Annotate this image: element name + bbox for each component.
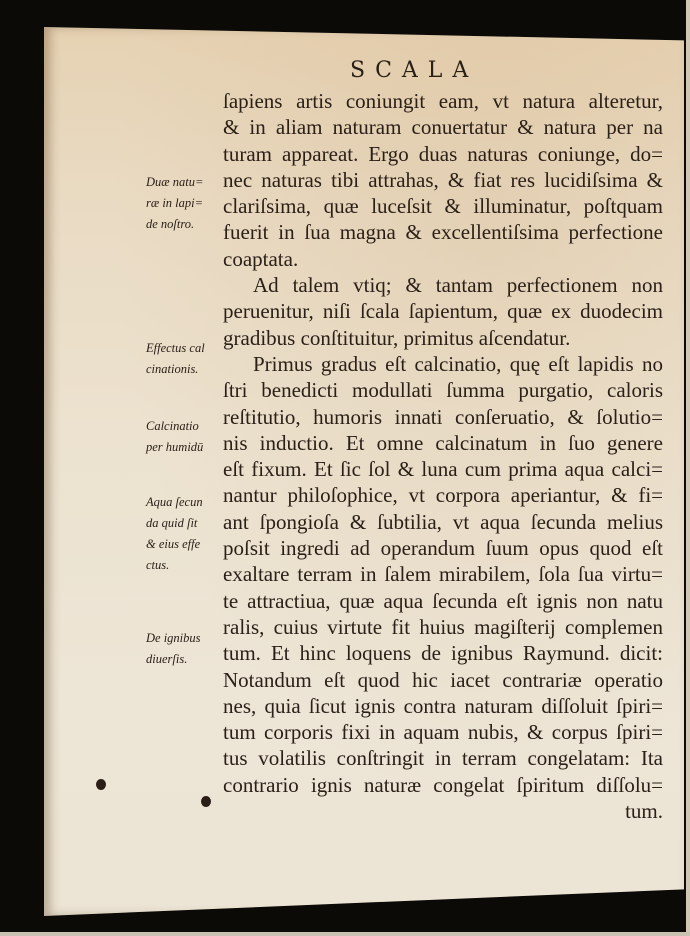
scan-edge-bottom [0,932,690,936]
sidenote-line: da quid ſit [146,513,226,534]
text-line: & in aliam naturam conuertatur & natura … [223,114,663,140]
sidenote-line: De ignibus [146,628,226,649]
sidenote-line: Effectus cal [146,338,226,359]
body-text: ſapiens artis coniungit eam, vt natura a… [223,88,663,824]
text-line: peruenitur, niſi ſcala ſapientum, quæ ex… [223,298,663,324]
sidenote-line: Duæ natu= [146,172,226,193]
catchword: tum. [223,798,663,824]
sidenote-calcinatio-per-humidum: Calcinatio per humidū [146,416,226,458]
sidenote-duae-naturae: Duæ natu= ræ in lapi= de noſtro. [146,172,226,235]
text-line: Ad talem vtiq; & tantam perfectionem non [223,272,663,298]
text-line: ſtri benedicti modullati ſumma purgatio,… [223,377,663,403]
sidenote-line: per humidū [146,437,226,458]
text-line: coaptata. [223,246,663,272]
text-line: poſsit ingredi ad operandum ſuum opus qu… [223,535,663,561]
ink-spot [201,796,211,807]
text-line: tus volatilis conſtringit in terram cong… [223,745,663,771]
text-line: ant ſpongioſa & ſubtilia, vt aqua ſecund… [223,509,663,535]
text-line: gradibus conſtituitur, primitus aſcendat… [223,325,663,351]
text-line: exaltare terram in ſalem mirabilem, ſola… [223,561,663,587]
text-line: nes, quia ſicut ignis contra naturam diſ… [223,693,663,719]
scan-edge-right [686,0,690,936]
sidenote-de-ignibus: De ignibus diuerſis. [146,628,226,670]
text-line: Primus gradus eſt calcinatio, quę eſt la… [223,351,663,377]
sidenote-line: Calcinatio [146,416,226,437]
sidenote-line: de noſtro. [146,214,226,235]
text-line: nantur philoſophice, vt corpora aperiant… [223,482,663,508]
text-line: turam appareat. Ergo duas naturas coniun… [223,141,663,167]
text-line: fuerit in ſua magna & excellentiſsima pe… [223,219,663,245]
sidenote-line: diuerſis. [146,649,226,670]
sidenote-line: & eius effe [146,534,226,555]
sidenote-effectus-calcinationis: Effectus cal cinationis. [146,338,226,380]
text-line: tum corporis fixi in aquam nubis, & corp… [223,719,663,745]
sidenote-line: cinationis. [146,359,226,380]
text-line: ſapiens artis coniungit eam, vt natura a… [223,88,663,114]
text-line: tum. Et hinc loquens de ignibus Raymund.… [223,640,663,666]
text-line: eſt fixum. Et ſic ſol & luna cum prima a… [223,456,663,482]
sidenote-line: ræ in lapi= [146,193,226,214]
text-line: te attractiua, quæ aqua ſecunda eſt igni… [223,588,663,614]
sidenote-line: Aqua ſecun [146,492,226,513]
scan-frame: SCALA ſapiens artis coniungit eam, vt na… [0,0,690,936]
text-line: reſtitutio, humoris innati conſeruatio, … [223,404,663,430]
sidenote-line: ctus. [146,555,226,576]
sidenote-aqua-secunda: Aqua ſecun da quid ſit & eius effe ctus. [146,492,226,576]
text-line: Notandum eſt quod hic iacet contrariæ op… [223,667,663,693]
running-head: SCALA [350,58,478,83]
ink-spot [96,779,106,790]
text-line: contrario ignis naturæ congelat ſpiritum… [223,772,663,798]
text-line: ralis, cuius virtute fit huius magiſteri… [223,614,663,640]
text-line: clariſsima, quæ luceſsit & illuminatur, … [223,193,663,219]
text-line: nis inductio. Et omne calcinatum in ſuo … [223,430,663,456]
text-line: nec naturas tibi attrahas, & fiat res lu… [223,167,663,193]
